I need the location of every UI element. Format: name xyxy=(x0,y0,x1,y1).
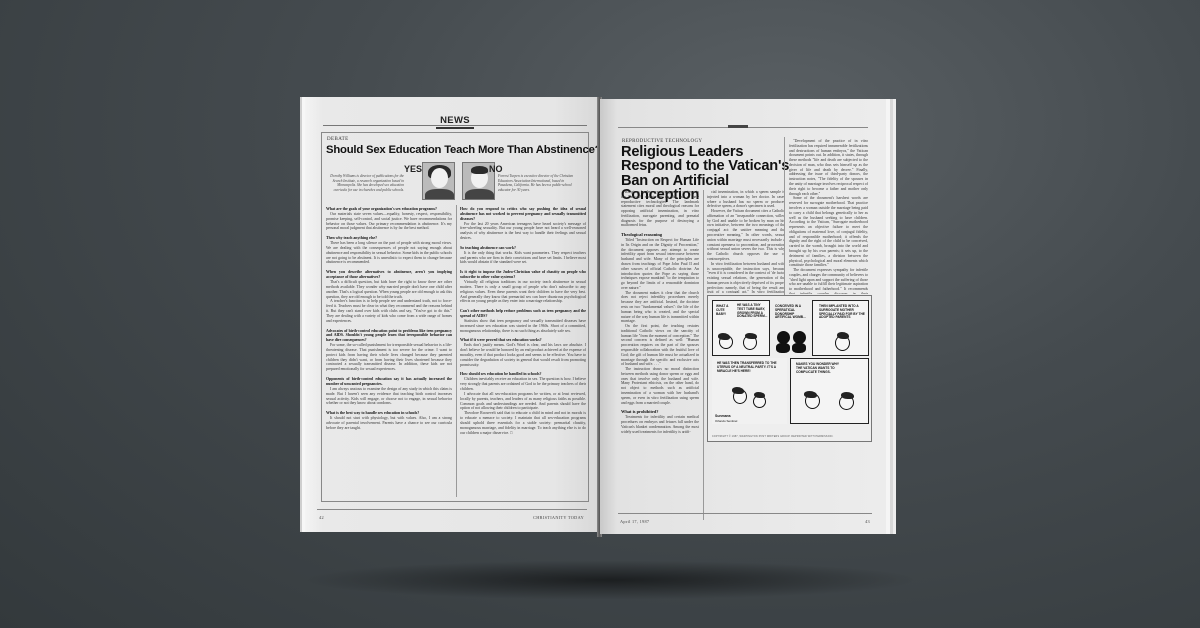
debate-answer: For the last 20 years American teenagers… xyxy=(460,222,586,241)
column-divider xyxy=(784,137,785,295)
section-label: NEWS xyxy=(436,115,474,129)
article-column-2: cial insemination, in which a sperm samp… xyxy=(707,190,785,293)
article-paragraph: In vitro fertilization between husband a… xyxy=(707,262,785,293)
debate-answer: For some, the so-called punishment for i… xyxy=(326,343,452,372)
debate-question: Is it right to impose the Judeo-Christia… xyxy=(460,270,586,280)
comic-panel-5: MAKES YOU WONDER WHY THE VATICAN WANTS T… xyxy=(790,358,869,424)
debate-answer: Ends don't justify means. God's Word is … xyxy=(460,343,586,367)
header-rule-mark xyxy=(728,125,748,128)
debate-box: DEBATE Should Sex Education Teach More T… xyxy=(321,132,589,502)
debate-question: Opponents of birth-control education say… xyxy=(326,377,452,387)
yes-author-photo xyxy=(422,162,455,200)
article-column-3: "Development of the practice of in vitro… xyxy=(789,139,868,294)
article-paragraph: Religious leaders are giving mixed revie… xyxy=(621,190,699,228)
article-paragraph: cial insemination, in which a sperm samp… xyxy=(707,190,785,209)
article-paragraph: The instruction draws no moral distincti… xyxy=(621,367,699,405)
debate-kicker: DEBATE xyxy=(327,137,349,142)
column-divider xyxy=(456,205,457,497)
debate-answer: It is the only thing that works. Kids wa… xyxy=(460,251,586,266)
speech-bubble: THEN IMPLANTED INTO A SURROGATE MOTHER S… xyxy=(819,305,865,320)
page-number-right: 43 xyxy=(865,519,870,524)
no-label: NO xyxy=(489,164,503,174)
article-paragraph: "Development of the practice of in vitro… xyxy=(789,139,868,196)
article-paragraph: Titled "Instruction on Respect for Human… xyxy=(621,238,699,291)
footer-rule xyxy=(618,513,872,514)
debate-answer: A teacher's function is to help people s… xyxy=(326,299,452,323)
footer-date: April 17, 1987 xyxy=(620,519,649,524)
left-page: NEWS DEBATE Should Sex Education Teach M… xyxy=(302,97,598,532)
debate-answer: Statistics show that teen pregnancy and … xyxy=(460,319,586,334)
debate-headline: Should Sex Education Teach More Than Abs… xyxy=(326,144,588,156)
speech-bubble: MAKES YOU WONDER WHY THE VATICAN WANTS T… xyxy=(796,363,840,374)
debate-question: Can't other methods help reduce problems… xyxy=(460,309,586,319)
debate-answer: I am always anxious to examine the desig… xyxy=(326,387,452,406)
debate-answer: Children inevitably receive an education… xyxy=(460,377,586,392)
page-number-left: 42 xyxy=(319,515,324,520)
debate-answer: That's a difficult question, but kids ha… xyxy=(326,280,452,299)
yes-column: What are the goals of your organization'… xyxy=(326,207,452,497)
section-header: NEWS xyxy=(323,110,587,126)
debate-answer: Our materials state seven values—equalit… xyxy=(326,212,452,231)
footer-rule xyxy=(317,509,587,510)
article-paragraph: On the first point, the teaching restate… xyxy=(621,324,699,367)
article-paragraph: The document expresses sympathy for infe… xyxy=(789,268,868,294)
comic-strip-name: Sunmans xyxy=(715,414,731,418)
comic-panel-3: THEN IMPLANTED INTO A SURROGATE MOTHER S… xyxy=(812,300,869,356)
debate-question: When you describe alternatives to abstin… xyxy=(326,270,452,280)
comic-panel-2: CONCEIVED IN A SPERATICAL DONORSHIP ARTI… xyxy=(772,300,810,356)
speech-bubble: WHAT A CUTE BABY! xyxy=(716,305,734,316)
speech-bubble: CONCEIVED IN A SPERATICAL DONORSHIP ARTI… xyxy=(775,305,809,320)
debate-answer: There has been a long silence on the par… xyxy=(326,241,452,265)
yes-label: YES xyxy=(404,164,422,174)
debate-answer: It should not start with physiology, but… xyxy=(326,416,452,431)
magazine-shadow xyxy=(300,560,920,600)
debate-answer: Theodore Roosevelt said that to educate … xyxy=(460,411,586,435)
article-paragraph: Treatments for infertility and certain m… xyxy=(621,415,699,434)
yes-bio: Dorothy Williams is director of publicat… xyxy=(326,174,404,193)
no-column: How do you respond to critics who say pu… xyxy=(460,207,586,497)
comic-panel-1: WHAT A CUTE BABY! HE WAS A TINY TEST TUB… xyxy=(712,300,770,356)
footer-magazine-title: CHRISTIANITY TODAY xyxy=(533,515,584,520)
speech-bubble: HE WAS THEN TRANSFERRED TO THE UTERUS OF… xyxy=(717,362,783,373)
article-paragraph: The document makes it clear that the chu… xyxy=(621,291,699,324)
speech-bubble: HE WAS A TINY TEST TUBE BABY, GROWN FROM… xyxy=(737,304,769,319)
article-paragraph: However, the Vatican document cites a Ca… xyxy=(707,209,785,262)
article-paragraph: Some of the document's harshest words ar… xyxy=(789,196,868,268)
right-page: REPRODUCTIVE TECHNOLOGY Religious Leader… xyxy=(600,99,890,534)
comic-panel-4: HE WAS THEN TRANSFERRED TO THE UTERUS OF… xyxy=(712,358,787,424)
debate-question: Advocates of birth-control education poi… xyxy=(326,329,452,344)
article-column-1: Religious leaders are giving mixed revie… xyxy=(621,190,699,512)
debate-answer: Virtually all religious traditions in ou… xyxy=(460,280,586,304)
comic-strip: WHAT A CUTE BABY! HE WAS A TINY TEST TUB… xyxy=(707,295,872,442)
debate-answer: I advocate that all sex-education progra… xyxy=(460,392,586,411)
comic-artist: Orlando Sentinel xyxy=(715,419,737,423)
no-bio: Forrest Turpen is executive director of … xyxy=(498,174,576,193)
column-divider xyxy=(703,190,704,520)
comic-copyright: COPYRIGHT © 1987, WASHINGTON POST WRITER… xyxy=(712,435,833,438)
debate-question: How do you respond to critics who say pu… xyxy=(460,207,586,222)
